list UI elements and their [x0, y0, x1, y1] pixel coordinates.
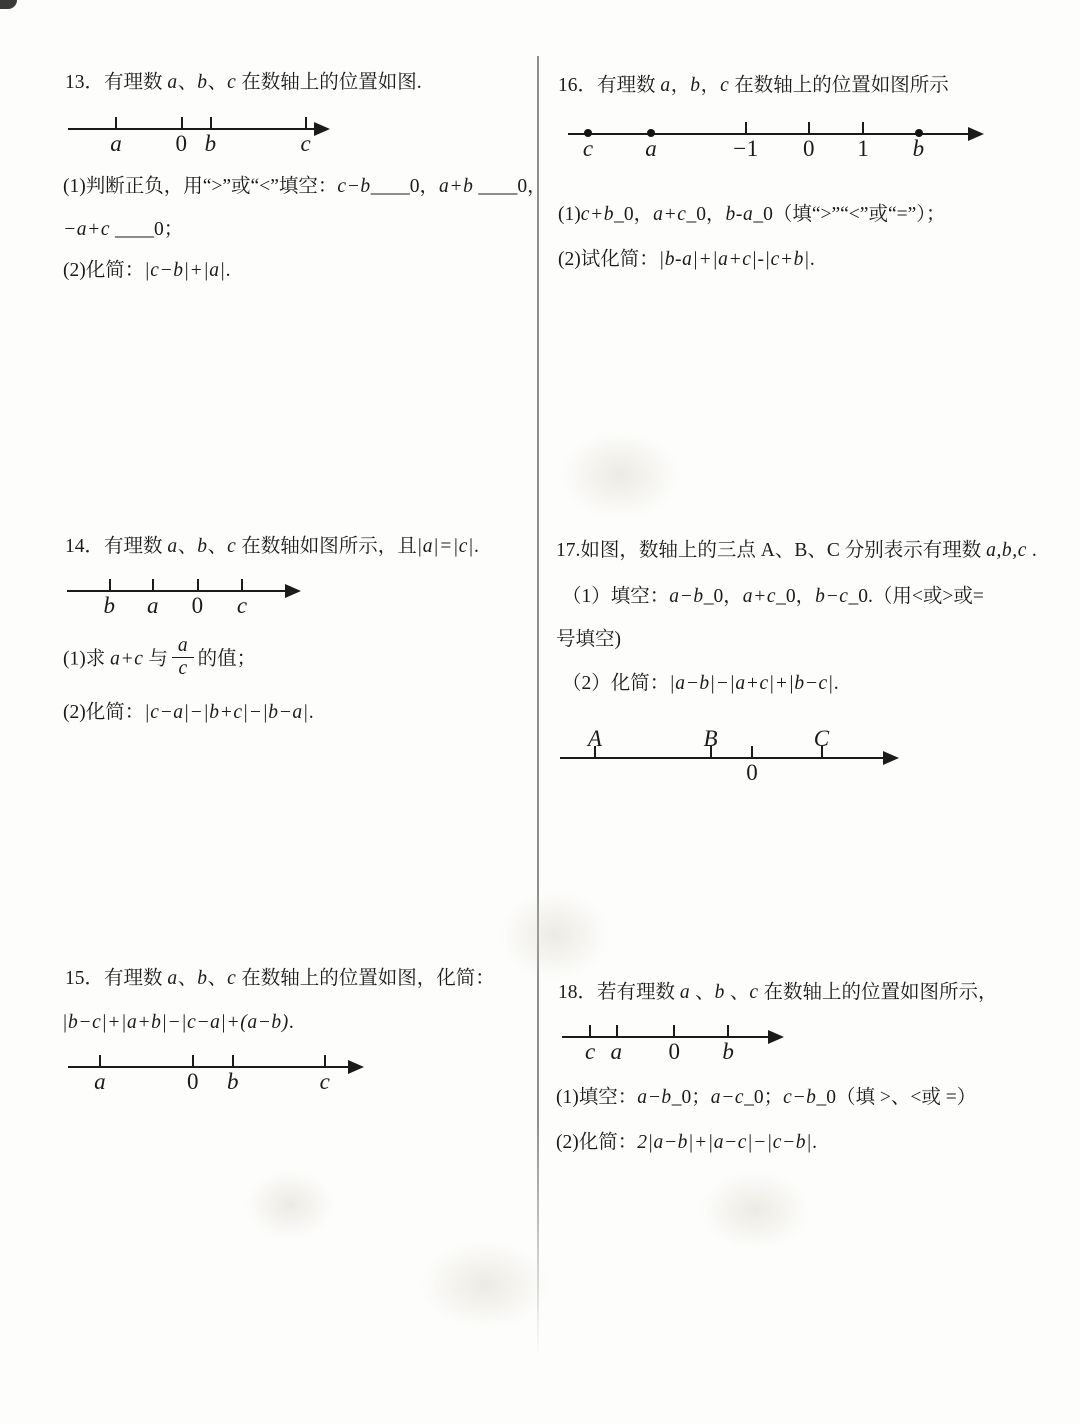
text-segment: b−c [815, 586, 848, 607]
problem-13-part-1-line-2: −a+c ____0； [63, 217, 183, 242]
text-segment: b [197, 968, 207, 989]
text-segment: a [167, 72, 177, 93]
text-segment: a [680, 982, 690, 1003]
problem-15-title: 15．有理数 a、b、c 在数轴上的位置如图，化简： [65, 966, 495, 991]
text-segment: 、 [178, 968, 198, 989]
number-line-label: b [722, 1039, 734, 1065]
text-segment: . [812, 1132, 817, 1153]
problem-16-number-line: ca−101b [568, 107, 980, 165]
problem-13-part-2: (2)化简：|c−b|+|a|. [63, 258, 230, 283]
text-segment: b [715, 982, 725, 1003]
arrow-right-icon [285, 584, 301, 598]
text-segment: 13．有理数 [65, 72, 167, 93]
number-line-axis [68, 128, 320, 130]
tick-mark [589, 1025, 591, 1037]
text-segment: （1）填空： [562, 586, 669, 607]
scan-smudge [500, 890, 610, 980]
text-segment: ____0， [371, 176, 439, 197]
text-segment: 2|a−b|+|a−c|−|c−b| [637, 1132, 812, 1153]
text-segment: |c−b|+|a| [144, 260, 225, 281]
problem-14-part-1: (1)求 a+c 与ac的值； [63, 638, 256, 682]
text-segment: 、 [178, 536, 198, 557]
tick-mark [751, 746, 753, 758]
fraction-numerator: a [172, 636, 194, 658]
text-segment: 、 [208, 968, 228, 989]
text-segment: a [167, 536, 177, 557]
number-line-label: 0 [746, 760, 758, 786]
number-line-label: c [320, 1069, 331, 1095]
worksheet-page: 13．有理数 a、b、c 在数轴上的位置如图. a0bc (1)判断正负，用“>… [0, 0, 1080, 1424]
problem-16-title: 16．有理数 a，b，c 在数轴上的位置如图所示 [558, 73, 949, 98]
problem-13-part-1-line-1: (1)判断正负，用“>”或“<”填空：c−b____0，a+b ____0， [63, 174, 547, 199]
number-line-label: 0 [803, 136, 815, 162]
text-segment: a−c [711, 1087, 744, 1108]
text-segment: |a−b|−|a+c|+|b−c| [669, 673, 833, 694]
text-segment: c [749, 982, 758, 1003]
text-segment: b [690, 75, 700, 96]
problem-17-part-2: （2）化简：|a−b|−|a+c|+|b−c|. [562, 671, 839, 696]
text-segment: _0， [704, 586, 743, 607]
text-segment: . [834, 673, 839, 694]
text-segment: (2)化简： [63, 260, 144, 281]
arrow-right-icon [314, 122, 330, 136]
text-segment: (2)化简： [63, 702, 144, 723]
text-segment: . [289, 1012, 294, 1033]
number-line-label: a [645, 136, 657, 162]
text-segment: b [197, 72, 207, 93]
text-segment: a−b [637, 1087, 671, 1108]
text-segment: ____0； [110, 219, 183, 240]
scan-smudge [420, 1240, 550, 1330]
number-line-label: a [611, 1039, 623, 1065]
arrow-right-icon [968, 127, 984, 141]
number-line-axis [562, 1036, 774, 1038]
problem-18-number-line: ca0b [562, 1010, 780, 1068]
text-segment: 与 [144, 648, 168, 669]
tick-mark [192, 1055, 194, 1067]
tick-mark [232, 1055, 234, 1067]
text-segment: |b−c|+|a+b|−|c−a|+(a−b) [62, 1012, 289, 1033]
text-segment: (2)试化简： [558, 249, 659, 270]
text-segment: 在数轴如图所示，且 [236, 536, 416, 557]
text-segment: _0， [687, 204, 726, 225]
number-line-label: b [104, 593, 116, 619]
number-line-label: C [814, 726, 830, 752]
problem-16-part-2: (2)试化简：|b-a|+|a+c|-|c+b|. [558, 247, 815, 272]
fraction-denominator: c [172, 658, 194, 679]
problem-15-expression: |b−c|+|a+b|−|c−a|+(a−b). [62, 1010, 294, 1035]
text-segment: a+c [110, 648, 143, 669]
tick-mark [197, 579, 199, 591]
text-segment: _0， [614, 204, 653, 225]
text-segment: |b-a|+|a+c|-|c+b| [659, 249, 810, 270]
number-line-axis [560, 757, 889, 759]
number-line-label: a [147, 593, 159, 619]
number-line-label: b [913, 136, 925, 162]
arrow-right-icon [768, 1030, 784, 1044]
number-line-label: c [237, 593, 248, 619]
text-segment: 号填空) [556, 629, 621, 650]
text-segment: _0（填“>”“<”或“=”）； [753, 204, 945, 225]
text-segment: (1) [558, 204, 581, 225]
text-segment: |a|=|c| [417, 536, 474, 557]
problem-18-part-2: (2)化简：2|a−b|+|a−c|−|c−b|. [556, 1130, 817, 1155]
text-segment: 、 [178, 72, 198, 93]
text-segment: . [810, 249, 815, 270]
problem-13-number-line: a0bc [68, 102, 326, 160]
number-line-label: c [583, 136, 594, 162]
problem-17-part-1-line-2: 号填空) [556, 627, 621, 652]
text-segment: ， [701, 75, 721, 96]
number-line-label: c [585, 1039, 596, 1065]
text-segment: a+b [439, 176, 473, 197]
tick-mark [727, 1025, 729, 1037]
text-segment: . [474, 536, 479, 557]
scan-corner-artifact [0, 0, 17, 9]
number-line-axis [67, 590, 291, 592]
tick-mark [808, 122, 810, 134]
problem-15-number-line: a0bc [68, 1040, 360, 1098]
text-segment: b [197, 536, 207, 557]
tick-mark [241, 579, 243, 591]
problem-17-number-line: AB0C [560, 731, 895, 789]
number-line-label: −1 [733, 136, 758, 162]
number-line-label: b [205, 131, 217, 157]
number-line-label: a [94, 1069, 106, 1095]
fraction: ac [172, 636, 194, 680]
number-line-label: 0 [192, 593, 204, 619]
text-segment: 、 [725, 982, 749, 1003]
problem-13-title: 13．有理数 a、b、c 在数轴上的位置如图. [65, 70, 422, 95]
problem-18-part-1: (1)填空：a−b_0；a−c_0；c−b_0（填 >、<或 =） [556, 1085, 976, 1110]
number-line-label: B [703, 726, 718, 752]
text-segment: a−b [669, 586, 703, 607]
text-segment: _0（填 >、<或 =） [817, 1087, 977, 1108]
number-line-label: a [110, 131, 122, 157]
text-segment: ， [671, 75, 691, 96]
text-segment: (2)化简： [556, 1132, 637, 1153]
text-segment: a [660, 75, 670, 96]
text-segment: 17.如图，数轴上的三点 A、B、C 分别表示有理数 [556, 540, 986, 561]
text-segment: c−b [783, 1087, 816, 1108]
tick-mark [305, 117, 307, 129]
text-segment: (1)求 [63, 648, 110, 669]
problem-14-number-line: ba0c [67, 564, 297, 622]
text-segment: a+c [743, 586, 776, 607]
number-line-axis [568, 133, 974, 135]
text-segment: (1)判断正负，用“>”或“<”填空： [63, 176, 337, 197]
number-line-label: 1 [857, 136, 869, 162]
number-line-axis [68, 1066, 354, 1068]
number-line-label: A [588, 726, 603, 752]
number-line-label: 0 [187, 1069, 199, 1095]
text-segment: 16．有理数 [558, 75, 660, 96]
text-segment: a,b,c [986, 540, 1027, 561]
text-segment: a+c [653, 204, 686, 225]
problem-17-part-1-line-1: （1）填空：a−b_0，a+c_0，b−c_0.（用<或>或= [562, 584, 984, 609]
tick-mark [673, 1025, 675, 1037]
text-segment: c−b [337, 176, 370, 197]
text-segment: _0； [744, 1087, 783, 1108]
number-line-label: c [301, 131, 312, 157]
text-segment: c+b [581, 204, 614, 225]
tick-mark [181, 117, 183, 129]
text-segment: 18．若有理数 [558, 982, 680, 1003]
scan-smudge [245, 1170, 335, 1240]
text-segment: . [1027, 540, 1037, 561]
text-segment: 在数轴上的位置如图，化简： [236, 968, 494, 989]
text-segment: ____0， [473, 176, 546, 197]
number-line-label: 0 [668, 1039, 680, 1065]
arrow-right-icon [348, 1060, 364, 1074]
tick-mark [745, 122, 747, 134]
text-segment: 、 [208, 72, 228, 93]
problem-14-part-2: (2)化简：|c−a|−|b+c|−|b−a|. [63, 700, 314, 725]
tick-mark [324, 1055, 326, 1067]
text-segment: 的值； [198, 648, 257, 669]
column-divider [537, 56, 539, 1356]
text-segment: _0； [672, 1087, 711, 1108]
text-segment: . [226, 260, 231, 281]
text-segment: （2）化简： [562, 673, 669, 694]
tick-mark [109, 579, 111, 591]
number-line-label: b [227, 1069, 239, 1095]
text-segment: 15．有理数 [65, 968, 167, 989]
text-segment: |c−a|−|b+c|−|b−a| [144, 702, 308, 723]
text-segment: 、 [690, 982, 714, 1003]
number-line-label: 0 [176, 131, 188, 157]
text-segment: 14．有理数 [65, 536, 167, 557]
problem-16-part-1: (1)c+b_0，a+c_0，b-a_0（填“>”“<”或“=”）； [558, 202, 946, 227]
text-segment: 在数轴上的位置如图. [236, 72, 421, 93]
text-segment: (1)填空： [556, 1087, 637, 1108]
tick-mark [99, 1055, 101, 1067]
text-segment: a [167, 968, 177, 989]
tick-mark [616, 1025, 618, 1037]
scan-smudge [560, 430, 680, 520]
text-segment: 在数轴上的位置如图所示 [729, 75, 948, 96]
tick-mark [115, 117, 117, 129]
text-segment: −a+c [63, 219, 110, 240]
text-segment: _0， [776, 586, 815, 607]
tick-mark [210, 117, 212, 129]
problem-14-title: 14．有理数 a、b、c 在数轴如图所示，且|a|=|c|. [65, 534, 479, 559]
tick-mark [862, 122, 864, 134]
text-segment: b-a [726, 204, 754, 225]
text-segment: 在数轴上的位置如图所示， [759, 982, 998, 1003]
text-segment: . [309, 702, 314, 723]
problem-17-title: 17.如图，数轴上的三点 A、B、C 分别表示有理数 a,b,c . [556, 538, 1037, 563]
problem-18-title: 18．若有理数 a 、b 、c 在数轴上的位置如图所示， [558, 980, 998, 1005]
text-segment: 、 [208, 536, 228, 557]
scan-smudge [700, 1170, 810, 1250]
arrow-right-icon [883, 751, 899, 765]
text-segment: _0.（用<或>或= [849, 586, 984, 607]
tick-mark [152, 579, 154, 591]
